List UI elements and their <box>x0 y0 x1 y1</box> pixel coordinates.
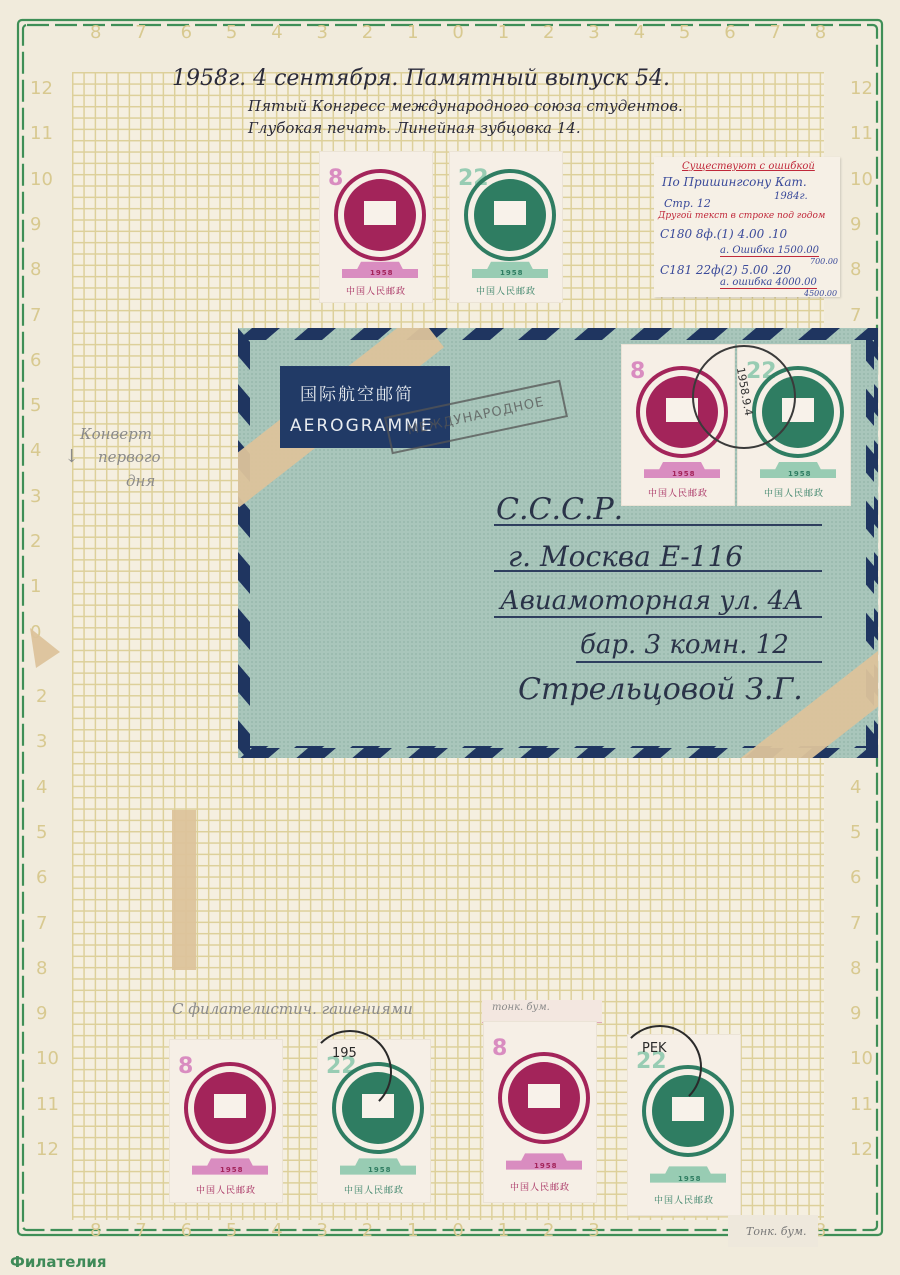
side-note-line-1: Конверт <box>80 425 152 443</box>
ruler-tick-label: 1 <box>407 1222 418 1240</box>
stamp-year: 1958 <box>368 1166 391 1174</box>
note-c181-extra: 700.00 <box>810 257 838 266</box>
ruler-tick-label: 2 <box>36 688 47 706</box>
ruler-tick-label: 10 <box>850 1050 873 1068</box>
ruler-tick-label: 8 <box>850 261 861 279</box>
postmark: 1958.9.4 <box>692 345 796 449</box>
side-note-line-3: дня <box>126 472 155 490</box>
stamp-country: 中国人民邮政 <box>654 1193 714 1206</box>
heading-line-1: 1958г. 4 сентября. Памятный выпуск 54. <box>172 66 670 91</box>
address-line-3: Авиамоторная ул. 4А <box>500 586 804 616</box>
book-icon <box>494 201 526 225</box>
note-c181a-extra: 4500.00 <box>804 289 837 298</box>
ruler-tick-label: 12 <box>36 1141 59 1159</box>
stamp-country: 中国人民邮政 <box>764 486 824 499</box>
catalog-note-card: Существуют с ошибкой По Пришингсону Кат.… <box>654 157 840 297</box>
ruler-tick-label: 5 <box>226 24 237 42</box>
ruler-tick-label: 4 <box>634 24 645 42</box>
stamp-face-value: 8 <box>328 166 343 191</box>
used-stamp-8f: 81958中国人民邮政 <box>170 1040 282 1202</box>
ruler-tick-label: 3 <box>317 1222 328 1240</box>
stamp-country: 中国人民邮政 <box>346 284 406 297</box>
ruler-tick-label: 8 <box>36 960 47 978</box>
ruler-tick-label: 11 <box>30 125 53 143</box>
stamp-year: 1958 <box>220 1166 243 1174</box>
stamp-country: 中国人民邮政 <box>476 284 536 297</box>
stamp-face-value: 8 <box>492 1036 507 1061</box>
address-line-5: Стрельцовой З.Г. <box>518 672 803 707</box>
down-arrow-icon: ↓ <box>64 446 79 467</box>
ruler-tick-label: 6 <box>181 1222 192 1240</box>
ruler-tick-label: 2 <box>543 24 554 42</box>
stamp-country: 中国人民邮政 <box>648 486 708 499</box>
stamp-year: 1958 <box>672 470 695 478</box>
used-stamp-8f-thin-paper: 81958中国人民邮政 <box>484 1022 596 1202</box>
postmark: PEK <box>618 1025 702 1109</box>
ruler-tick-label: 7 <box>850 915 861 933</box>
ruler-tick-label: 2 <box>30 533 41 551</box>
ruler-tick-label: 11 <box>850 1096 873 1114</box>
ruler-tick-label: 7 <box>850 307 861 325</box>
stamp-country: 中国人民邮政 <box>344 1183 404 1196</box>
ruler-tick-label: 8 <box>850 960 861 978</box>
stamp-year: 1958 <box>500 269 523 277</box>
ruler-tick-label: 2 <box>362 1222 373 1240</box>
ruler-tick-label: 7 <box>36 915 47 933</box>
address-line-4: бар. 3 комн. 12 <box>580 630 789 660</box>
ruler-tick-label: 0 <box>452 1222 463 1240</box>
ruler-tick-label: 3 <box>588 24 599 42</box>
used-stamp-22f: 221958中国人民邮政195 <box>318 1040 430 1202</box>
address-rule <box>494 570 822 572</box>
ruler-tick-label: 11 <box>850 125 873 143</box>
ruler-tick-label: 1 <box>498 1222 509 1240</box>
ruler-tick-label: 10 <box>850 171 873 189</box>
ruler-tick-label: 10 <box>36 1050 59 1068</box>
hinge-remnant <box>172 810 196 970</box>
ruler-tick-label: 1 <box>407 24 418 42</box>
note-c180: C180 8ф.(1) 4.00 .10 <box>660 227 787 241</box>
postmarked-caption: С филателистич. гашениями <box>172 1000 413 1018</box>
ruler-tick-label: 6 <box>30 352 41 370</box>
note-c181a: а. ошибка 4000.00 <box>720 277 817 289</box>
stamp-country: 中国人民邮政 <box>196 1183 256 1196</box>
ruler-tick-label: 12 <box>30 80 53 98</box>
used-stamp-22f-thin-paper: 221958中国人民邮政PEK <box>628 1035 740 1215</box>
thin-paper-tab: Тонк. бум. <box>728 1215 818 1247</box>
note-error-header: Существуют с ошибкой <box>682 161 815 172</box>
note-red-text: Другой текст в строке под годом <box>658 211 825 221</box>
ruler-tick-label: 4 <box>271 1222 282 1240</box>
stamp-year: 1958 <box>370 269 393 277</box>
address-line-2: г. Москва Е-116 <box>508 540 743 573</box>
ruler-tick-label: 5 <box>226 1222 237 1240</box>
ruler-tick-label: 12 <box>850 1141 873 1159</box>
ruler-tick-label: 8 <box>30 261 41 279</box>
ruler-tick-label: 4 <box>271 24 282 42</box>
stamp-8f-mint: 81958中国人民邮政 <box>320 152 432 302</box>
stamp-year: 1958 <box>534 1162 557 1170</box>
side-note-line-2: первого <box>98 448 161 466</box>
address-line-1: С.С.С.Р. <box>496 492 623 527</box>
ruler-tick-label: 5 <box>36 824 47 842</box>
ruler-tick-label: 7 <box>770 24 781 42</box>
ruler-tick-label: 4 <box>850 779 861 797</box>
ruler-tick-label: 1 <box>30 578 41 596</box>
ruler-tick-label: 3 <box>36 733 47 751</box>
stamp-22f-mint: 221958中国人民邮政 <box>450 152 562 302</box>
ruler-tick-label: 4 <box>30 442 41 460</box>
note-c181: C181 22ф(2) 5.00 .20 <box>660 263 791 277</box>
ruler-tick-label: 9 <box>850 216 861 234</box>
ruler-tick-label: 6 <box>850 869 861 887</box>
thin-paper-strip: тонк. бум. <box>482 1000 602 1023</box>
heading-line-3: Глубокая печать. Линейная зубцовка 14. <box>248 119 581 137</box>
publisher-label: Филателия <box>10 1253 107 1271</box>
ruler-tick-label: 7 <box>135 24 146 42</box>
postmark: 195 <box>308 1030 392 1114</box>
stamp-country: 中国人民邮政 <box>510 1180 570 1193</box>
ruler-tick-label: 7 <box>30 307 41 325</box>
ruler-tick-label: 9 <box>850 1005 861 1023</box>
book-icon <box>214 1094 246 1118</box>
book-icon <box>364 201 396 225</box>
note-catalog-line: По Пришингсону Кат. <box>662 175 807 189</box>
ruler-tick-label: 7 <box>135 1222 146 1240</box>
ruler-tick-label: 5 <box>679 24 690 42</box>
ruler-tick-label: 0 <box>452 24 463 42</box>
ruler-tick-label: 10 <box>30 171 53 189</box>
book-icon <box>528 1084 560 1108</box>
ruler-tick-label: 2 <box>543 1222 554 1240</box>
ruler-tick-label: 4 <box>36 779 47 797</box>
stamp-year: 1958 <box>678 1175 701 1183</box>
aerogramme-label-cn: 国际航空邮简 <box>300 380 414 405</box>
stamp-face-value: 8 <box>178 1054 193 1079</box>
address-rule <box>494 616 822 618</box>
ruler-tick-label: 11 <box>36 1096 59 1114</box>
note-c180a: а. Ошибка 1500.00 <box>720 245 819 257</box>
ruler-tick-label: 3 <box>588 1222 599 1240</box>
ruler-tick-label: 2 <box>362 24 373 42</box>
ruler-tick-label: 1 <box>498 24 509 42</box>
ruler-tick-label: 9 <box>30 216 41 234</box>
ruler-tick-label: 5 <box>850 824 861 842</box>
ruler-tick-label: 3 <box>317 24 328 42</box>
ruler-tick-label: 12 <box>850 80 873 98</box>
note-catalog-year: 1984г. <box>774 191 808 202</box>
ruler-tick-label: 8 <box>90 1222 101 1240</box>
ruler-tick-label: 6 <box>36 869 47 887</box>
ruler-tick-label: 9 <box>36 1005 47 1023</box>
stamp-year: 1958 <box>788 470 811 478</box>
address-rule <box>576 661 822 663</box>
note-catalog-page: Стр. 12 <box>664 197 711 210</box>
ruler-tick-label: 8 <box>815 24 826 42</box>
ruler-tick-label: 5 <box>30 397 41 415</box>
stamp-face-value: 8 <box>630 359 645 384</box>
address-rule <box>494 524 822 526</box>
ruler-tick-label: 6 <box>724 24 735 42</box>
ruler-tick-label: 3 <box>30 488 41 506</box>
ruler-tick-label: 6 <box>181 24 192 42</box>
heading-line-2: Пятый Конгресс международного союза студ… <box>248 97 683 115</box>
ruler-tick-label: 8 <box>90 24 101 42</box>
